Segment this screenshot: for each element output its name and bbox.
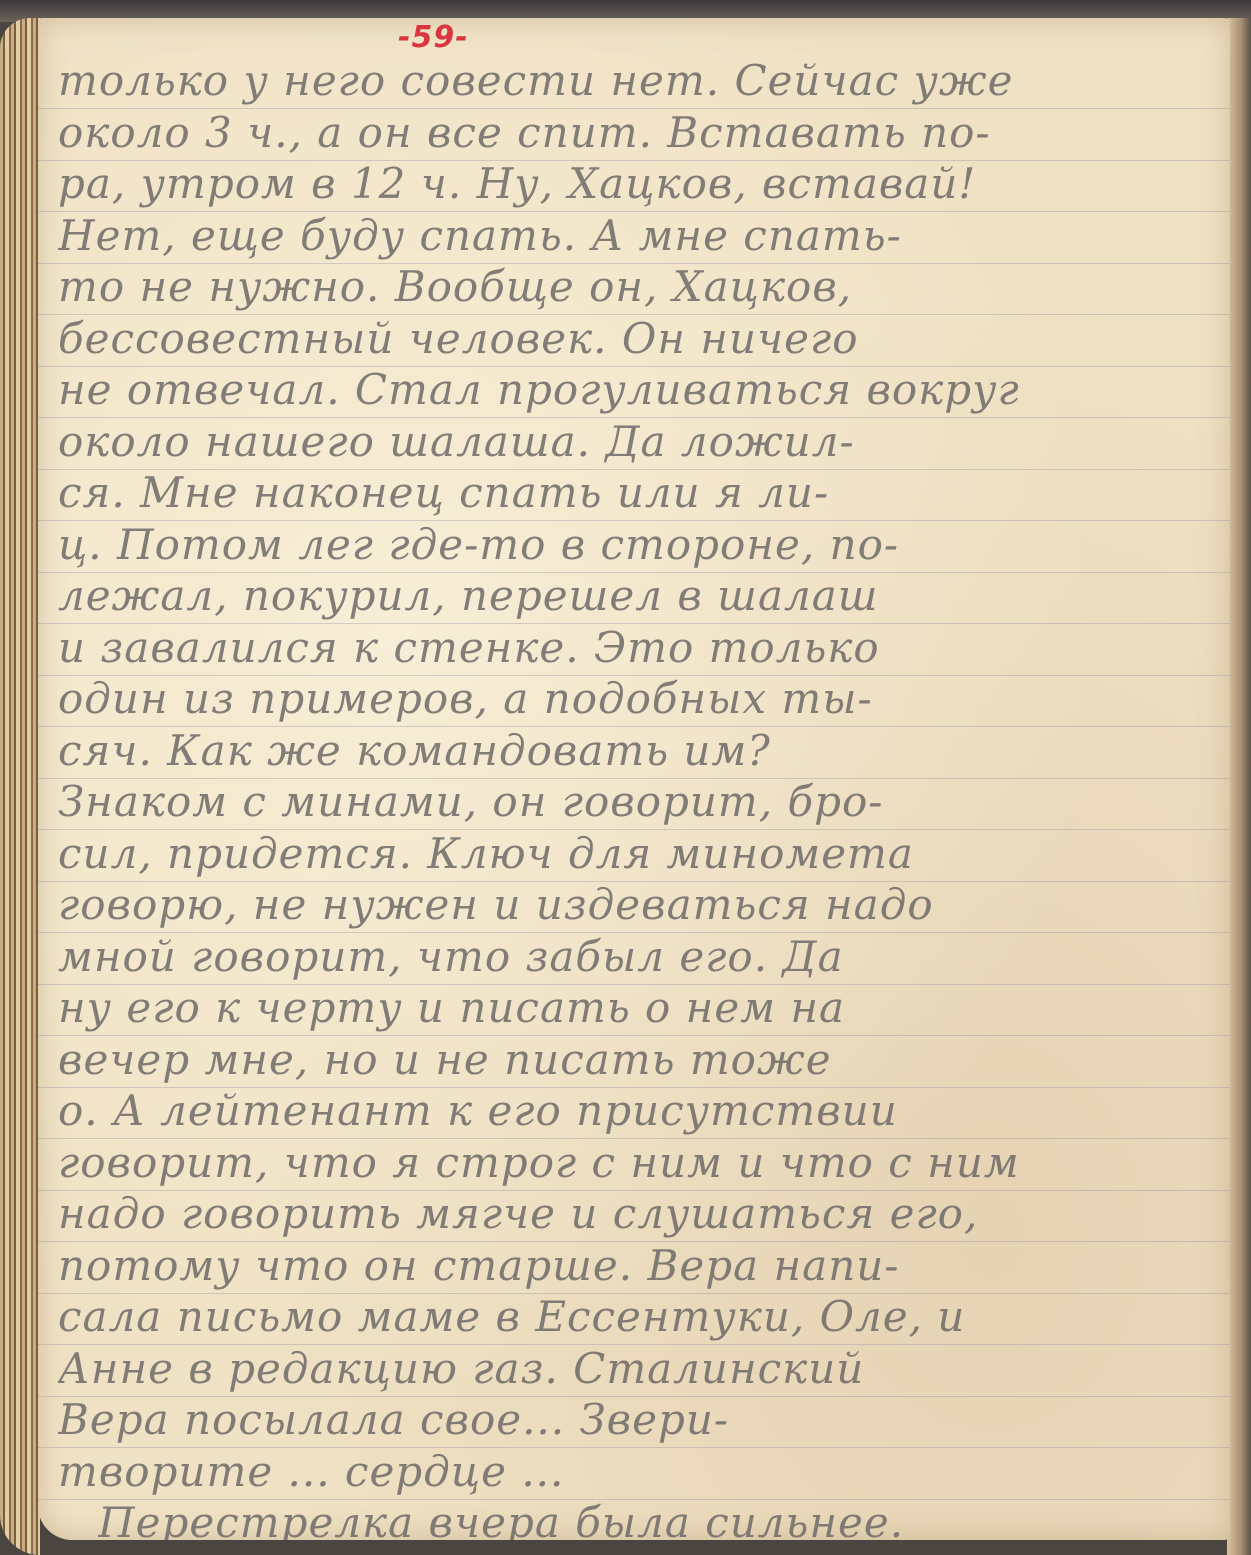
- handwritten-line: говорю, не нужен и издеваться надо: [58, 880, 1200, 930]
- handwritten-line: сала письмо маме в Ессентуки, Оле, и: [58, 1292, 1200, 1342]
- notebook-page: -59- только у него совести нет. Сейчас у…: [38, 18, 1230, 1540]
- handwritten-line: потому что он старше. Вера напи-: [58, 1241, 1200, 1291]
- handwritten-line: сил, придется. Ключ для миномета: [58, 829, 1200, 879]
- notebook-spine: [0, 18, 40, 1555]
- handwritten-line: творите ... сердце ...: [58, 1447, 1200, 1497]
- handwritten-line: около нашего шалаша. Да ложил-: [58, 417, 1200, 467]
- handwritten-line: бессовестный человек. Он ничего: [58, 314, 1200, 364]
- handwritten-line: о. А лейтенант к его присутствии: [58, 1086, 1200, 1136]
- handwritten-line: ну его к черту и писать о нем на: [58, 983, 1200, 1033]
- handwritten-line: Знаком с минами, он говорит, бро-: [58, 777, 1200, 827]
- handwritten-line: один из примеров, а подобных ты-: [58, 674, 1200, 724]
- handwritten-line: около 3 ч., а он все спит. Вставать по-: [58, 108, 1200, 158]
- handwritten-line: Вера посылала свое... Звери-: [58, 1395, 1200, 1445]
- handwritten-line: говорит, что я строг с ним и что с ним: [58, 1138, 1200, 1188]
- handwritten-line: только у него совести нет. Сейчас уже: [58, 56, 1200, 106]
- handwritten-line: Перестрелка вчера была сильнее.: [98, 1498, 1200, 1540]
- handwritten-line: ра, утром в 12 ч. Ну, Хацков, вставай!: [58, 159, 1200, 209]
- scan-right-edge: [1227, 18, 1251, 1555]
- handwritten-line: и завалился к стенке. Это только: [58, 623, 1200, 673]
- handwritten-line: не отвечал. Стал прогуливаться вокруг: [58, 365, 1200, 415]
- page-number: -59-: [398, 20, 469, 55]
- handwritten-line: надо говорить мягче и слушаться его,: [58, 1189, 1200, 1239]
- handwritten-line: мной говорит, что забыл его. Да: [58, 932, 1200, 982]
- handwritten-line: сяч. Как же командовать им?: [58, 726, 1200, 776]
- handwritten-line: Нет, еще буду спать. А мне спать-: [58, 211, 1200, 261]
- handwritten-line: Анне в редакцию газ. Сталинский: [58, 1344, 1200, 1394]
- handwritten-line: вечер мне, но и не писать тоже: [58, 1035, 1200, 1085]
- handwritten-line: ся. Мне наконец спать или я ли-: [58, 468, 1200, 518]
- handwritten-line: ц. Потом лег где-то в стороне, по-: [58, 520, 1200, 570]
- handwritten-line: то не нужно. Вообще он, Хацков,: [58, 262, 1200, 312]
- handwritten-line: лежал, покурил, перешел в шалаш: [58, 571, 1200, 621]
